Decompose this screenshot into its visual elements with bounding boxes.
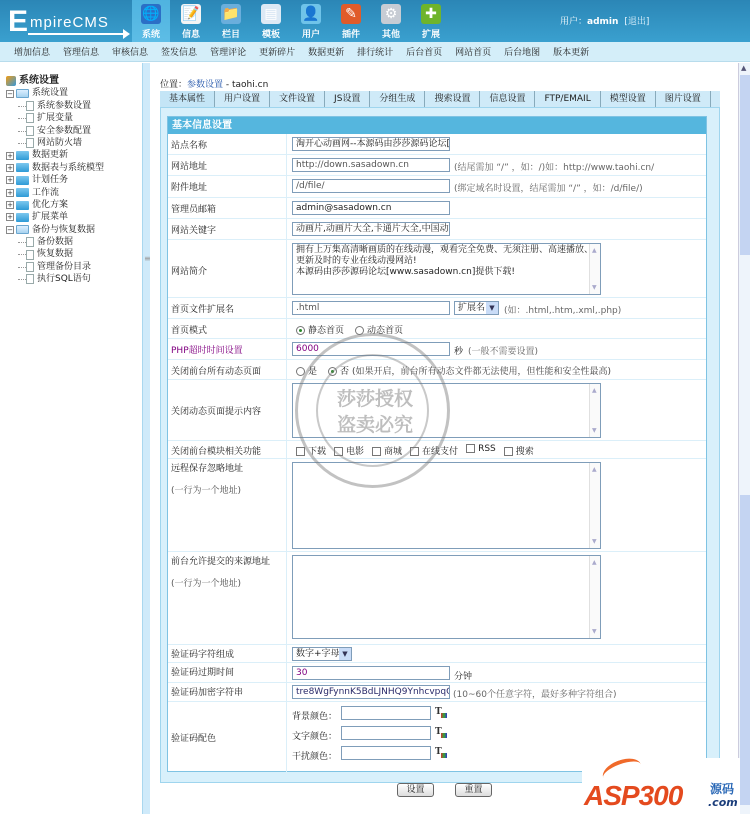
- main-nav: 🌐系统📝信息📁栏目▤模板👤用户✎插件⚙其他✚扩展: [132, 0, 452, 42]
- nav-user[interactable]: 👤用户: [292, 0, 330, 42]
- color-input[interactable]: [341, 746, 431, 760]
- page-icon: [26, 138, 34, 148]
- breadcrumb-link[interactable]: 参数设置: [187, 80, 223, 90]
- quick-menu-item[interactable]: 管理信息: [63, 45, 99, 58]
- page-icon: [26, 237, 34, 247]
- user-info: 用户：admin[退出]: [560, 14, 649, 27]
- tools-icon: ✎: [341, 4, 361, 24]
- radio-close-yes[interactable]: 是: [296, 364, 317, 377]
- main-content: 位置：参数设置 - taohi.cn 基本属性用户设置文件设置JS设置分组生成搜…: [155, 63, 723, 814]
- row-admin-email: 管理员邮箱 admin@sasadown.cn: [168, 198, 706, 219]
- tab[interactable]: 图片设置: [656, 91, 711, 107]
- quick-menu-item[interactable]: 版本更新: [553, 45, 589, 58]
- php-timeout-input[interactable]: 6000: [292, 342, 450, 356]
- user-icon: 👤: [301, 4, 321, 24]
- page-scrollbar[interactable]: ▲: [738, 63, 750, 814]
- index-ext-input[interactable]: .html: [292, 301, 450, 315]
- tab[interactable]: 文件设置: [270, 91, 325, 107]
- attach-url-input[interactable]: /d/file/: [292, 179, 450, 193]
- plus-circle-icon: ✚: [421, 4, 441, 24]
- sidebar-group[interactable]: −备份与恢复数据: [6, 224, 104, 236]
- panel-title: 基本信息设置: [168, 117, 706, 134]
- expand-icon[interactable]: +: [6, 176, 14, 184]
- radio-static-index[interactable]: 静态首页: [296, 323, 344, 336]
- nav-tools[interactable]: ✎插件: [332, 0, 370, 42]
- row-keywords: 网站关键字 动画片,动画片大全,卡通片大全,中国动画: [168, 219, 706, 240]
- allowed-sources-textarea[interactable]: [292, 555, 601, 639]
- nav-gear[interactable]: ⚙其他: [372, 0, 410, 42]
- site-name-input[interactable]: 淘开心动画网--本源码由莎莎源码论坛[www.sasadown.cn]提供: [292, 137, 450, 151]
- collapse-icon[interactable]: −: [6, 90, 14, 98]
- textarea-scrollbar[interactable]: [589, 244, 600, 294]
- sidebar-item[interactable]: 扩展变量: [6, 112, 104, 124]
- scroll-up-icon[interactable]: ▲: [741, 64, 746, 72]
- basic-info-form: 基本信息设置 站点名称 淘开心动画网--本源码由莎莎源码论坛[www.sasad…: [167, 116, 707, 772]
- reset-button[interactable]: 重置: [455, 783, 492, 797]
- ext-select[interactable]: 扩展名▼: [454, 301, 499, 315]
- radio-close-no[interactable]: 否: [328, 364, 349, 377]
- quick-menu-item[interactable]: 审核信息: [112, 45, 148, 58]
- sidebar-item[interactable]: 网站防火墙: [6, 137, 104, 149]
- row-attach-url: 附件地址 /d/file/ (绑定域名时设置，结尾需加 “/” ，如：/d/fi…: [168, 176, 706, 198]
- tab[interactable]: 用户设置: [215, 91, 270, 107]
- tab[interactable]: 基本属性: [160, 91, 215, 107]
- color-input[interactable]: [341, 706, 431, 720]
- keywords-input[interactable]: 动画片,动画片大全,卡通片大全,中国动画: [292, 222, 450, 236]
- captcha-expire-input[interactable]: 30: [292, 666, 450, 680]
- textarea-scrollbar[interactable]: [589, 384, 600, 437]
- scroll-thumb[interactable]: [740, 75, 750, 255]
- captcha-key-input[interactable]: tre8WgFynnK5BdLJNHQ9YnhcvpqC5Y: [292, 685, 450, 699]
- sidebar-group[interactable]: +数据表与系统模型: [6, 162, 104, 174]
- row-captcha-expire: 验证码过期时间 30 分钟: [168, 663, 706, 683]
- username: admin: [587, 17, 618, 27]
- sidebar-group[interactable]: −系统设置: [6, 87, 104, 99]
- tab[interactable]: 信息设置: [480, 91, 535, 107]
- tab[interactable]: 搜索设置: [425, 91, 480, 107]
- row-captcha-key: 验证码加密字符串 tre8WgFynnK5BdLJNHQ9YnhcvpqC5Y …: [168, 683, 706, 702]
- page-icon: [26, 101, 34, 111]
- nav-window-template[interactable]: ▤模板: [252, 0, 290, 42]
- sidebar: 系统设置−系统设置系统参数设置扩展变量安全参数配置网站防火墙+数据更新+数据表与…: [0, 63, 142, 814]
- folder-icon: [16, 163, 29, 172]
- quick-menu-item[interactable]: 数据更新: [308, 45, 344, 58]
- row-php-timeout: PHP超时时间设置 6000 秒 (一般不需要设置): [168, 339, 706, 360]
- radio-dynamic-index[interactable]: 动态首页: [355, 323, 403, 336]
- page-icon: [26, 126, 34, 136]
- remote-ignore-textarea[interactable]: [292, 462, 601, 549]
- sidebar-item[interactable]: 执行SQL语句: [6, 273, 104, 285]
- expand-icon[interactable]: +: [6, 152, 14, 160]
- settings-tabs: 基本属性用户设置文件设置JS设置分组生成搜索设置信息设置FTP/EMAIL模型设…: [160, 91, 720, 107]
- quick-menu-item[interactable]: 后台地图: [504, 45, 540, 58]
- folder-icon: [16, 176, 29, 185]
- empirecms-logo: E mpireCMS: [6, 6, 131, 38]
- expand-icon[interactable]: +: [6, 189, 14, 197]
- settings-panel: 基本信息设置 站点名称 淘开心动画网--本源码由莎莎源码论坛[www.sasad…: [160, 107, 720, 783]
- quick-menu-item[interactable]: 排行统计: [357, 45, 393, 58]
- chevron-down-icon: ▼: [339, 648, 351, 660]
- expand-icon[interactable]: +: [6, 164, 14, 172]
- quick-menu-item[interactable]: 签发信息: [161, 45, 197, 58]
- folder-icon: [16, 225, 29, 234]
- document-edit-icon: 📝: [181, 4, 201, 24]
- sidebar-group[interactable]: +数据更新: [6, 149, 104, 161]
- tab[interactable]: 分组生成: [370, 91, 425, 107]
- nav-globe[interactable]: 🌐系统: [132, 0, 170, 42]
- row-description: 网站简介 拥有上万集高清晰画质的在线动漫，观看完全免费、无须注册、高速播放、 更…: [168, 240, 706, 298]
- row-allowed-sources: 前台允许提交的来源地址 (一行为一个地址): [168, 552, 706, 645]
- module-checkboxes: 下载电影商城在线支付RSS搜索: [296, 444, 542, 457]
- row-site-url: 网站地址 http://down.sasadown.cn (结尾需加 “/” ，…: [168, 155, 706, 176]
- quick-menu-item[interactable]: 增加信息: [14, 45, 50, 58]
- asp300-watermark-logo: ASP300 源码 .com: [582, 758, 740, 814]
- sidebar-item[interactable]: 系统参数设置: [6, 100, 104, 112]
- page-icon: [26, 274, 34, 284]
- nav-folder[interactable]: 📁栏目: [212, 0, 250, 42]
- color-input[interactable]: [341, 726, 431, 740]
- row-captcha-chars: 验证码字符组成 数字+字母▼: [168, 645, 706, 663]
- row-close-msg: 关闭动态页面提示内容: [168, 380, 706, 441]
- globe-icon: 🌐: [141, 4, 161, 24]
- color-picker-icon[interactable]: T: [435, 707, 447, 718]
- sidebar-group[interactable]: +工作流: [6, 187, 104, 199]
- textarea-scrollbar[interactable]: [589, 556, 600, 638]
- splitter-handle-icon[interactable]: ≡: [144, 254, 151, 263]
- expand-icon[interactable]: +: [6, 213, 14, 221]
- breadcrumb: 位置：参数设置 - taohi.cn: [160, 77, 268, 90]
- captcha-chars-select[interactable]: 数字+字母▼: [292, 647, 352, 661]
- sidebar-group[interactable]: +计划任务: [6, 174, 104, 186]
- folder-icon: [16, 151, 29, 160]
- user-label: 用户：: [560, 17, 587, 27]
- chevron-down-icon: ▼: [486, 302, 498, 314]
- sidebar-item[interactable]: 安全参数配置: [6, 125, 104, 137]
- quick-menu-item[interactable]: 更新碎片: [259, 45, 295, 58]
- page-icon: [26, 250, 34, 260]
- collapse-icon[interactable]: −: [6, 226, 14, 234]
- module-checkbox[interactable]: 商城: [372, 444, 402, 457]
- folder-icon: [16, 188, 29, 197]
- folder-icon: [16, 201, 29, 210]
- row-remote-ignore: 远程保存忽略地址 (一行为一个地址): [168, 459, 706, 552]
- quick-menu-item[interactable]: 管理评论: [210, 45, 246, 58]
- textarea-scrollbar[interactable]: [589, 463, 600, 548]
- quick-menu-item[interactable]: 网站首页: [455, 45, 491, 58]
- folder-icon: 📁: [221, 4, 241, 24]
- module-checkbox[interactable]: 下载: [296, 444, 326, 457]
- app-window: E mpireCMS 🌐系统📝信息📁栏目▤模板👤用户✎插件⚙其他✚扩展 用户：a…: [0, 0, 750, 814]
- tab[interactable]: 模型设置: [601, 91, 656, 107]
- description-textarea[interactable]: 拥有上万集高清晰画质的在线动漫，观看完全免费、无须注册、高速播放、 更新及时的专…: [292, 243, 601, 295]
- sidebar-splitter[interactable]: [142, 63, 150, 814]
- close-msg-textarea[interactable]: [292, 383, 601, 438]
- nav-plus-circle[interactable]: ✚扩展: [412, 0, 450, 42]
- site-url-input[interactable]: http://down.sasadown.cn: [292, 158, 450, 172]
- sidebar-item[interactable]: 恢复数据: [6, 248, 104, 260]
- expand-icon[interactable]: +: [6, 201, 14, 209]
- quick-menu-item[interactable]: 后台首页: [406, 45, 442, 58]
- sidebar-tree: 系统设置−系统设置系统参数设置扩展变量安全参数配置网站防火墙+数据更新+数据表与…: [6, 75, 104, 286]
- logout-link[interactable]: [退出]: [624, 17, 649, 27]
- sidebar-root[interactable]: 系统设置: [6, 75, 104, 87]
- row-site-name: 站点名称 淘开心动画网--本源码由莎莎源码论坛[www.sasadown.cn]…: [168, 134, 706, 155]
- color-picker-icon[interactable]: T: [435, 747, 447, 758]
- page-icon: [26, 113, 34, 123]
- page-icon: [26, 262, 34, 272]
- sidebar-item[interactable]: 备份数据: [6, 236, 104, 248]
- folder-icon: [16, 89, 29, 98]
- sidebar-group[interactable]: +优化方案: [6, 199, 104, 211]
- top-header: E mpireCMS 🌐系统📝信息📁栏目▤模板👤用户✎插件⚙其他✚扩展 用户：a…: [0, 0, 750, 42]
- gear-icon: ⚙: [381, 4, 401, 24]
- home-icon: [6, 76, 16, 86]
- row-index-mode: 首页模式 静态首页 动态首页: [168, 319, 706, 339]
- row-index-ext: 首页文件扩展名 .html 扩展名▼ (如：.html,.htm,.xml,.p…: [168, 298, 706, 319]
- sidebar-item[interactable]: 管理备份目录: [6, 261, 104, 273]
- row-close-dynamic: 关闭前台所有动态页面 是 否 (如果开启，前台所有动态文件都无法使用，但性能和安…: [168, 360, 706, 380]
- tab[interactable]: FTP/EMAIL: [535, 91, 600, 107]
- admin-email-input[interactable]: admin@sasadown.cn: [292, 201, 450, 215]
- quick-menu: 增加信息管理信息审核信息签发信息管理评论更新碎片数据更新排行统计后台首页网站首页…: [0, 42, 750, 62]
- module-checkbox[interactable]: 搜索: [504, 444, 534, 457]
- module-checkbox[interactable]: 电影: [334, 444, 364, 457]
- sidebar-group[interactable]: +扩展菜单: [6, 211, 104, 223]
- color-picker-icon[interactable]: T: [435, 727, 447, 738]
- folder-icon: [16, 213, 29, 222]
- window-template-icon: ▤: [261, 4, 281, 24]
- tab[interactable]: JS设置: [325, 91, 370, 107]
- submit-button[interactable]: 设置: [397, 783, 434, 797]
- row-close-modules: 关闭前台模块相关功能 下载电影商城在线支付RSS搜索: [168, 441, 706, 459]
- module-checkbox[interactable]: RSS: [466, 444, 496, 457]
- module-checkbox[interactable]: 在线支付: [410, 444, 458, 457]
- nav-document-edit[interactable]: 📝信息: [172, 0, 210, 42]
